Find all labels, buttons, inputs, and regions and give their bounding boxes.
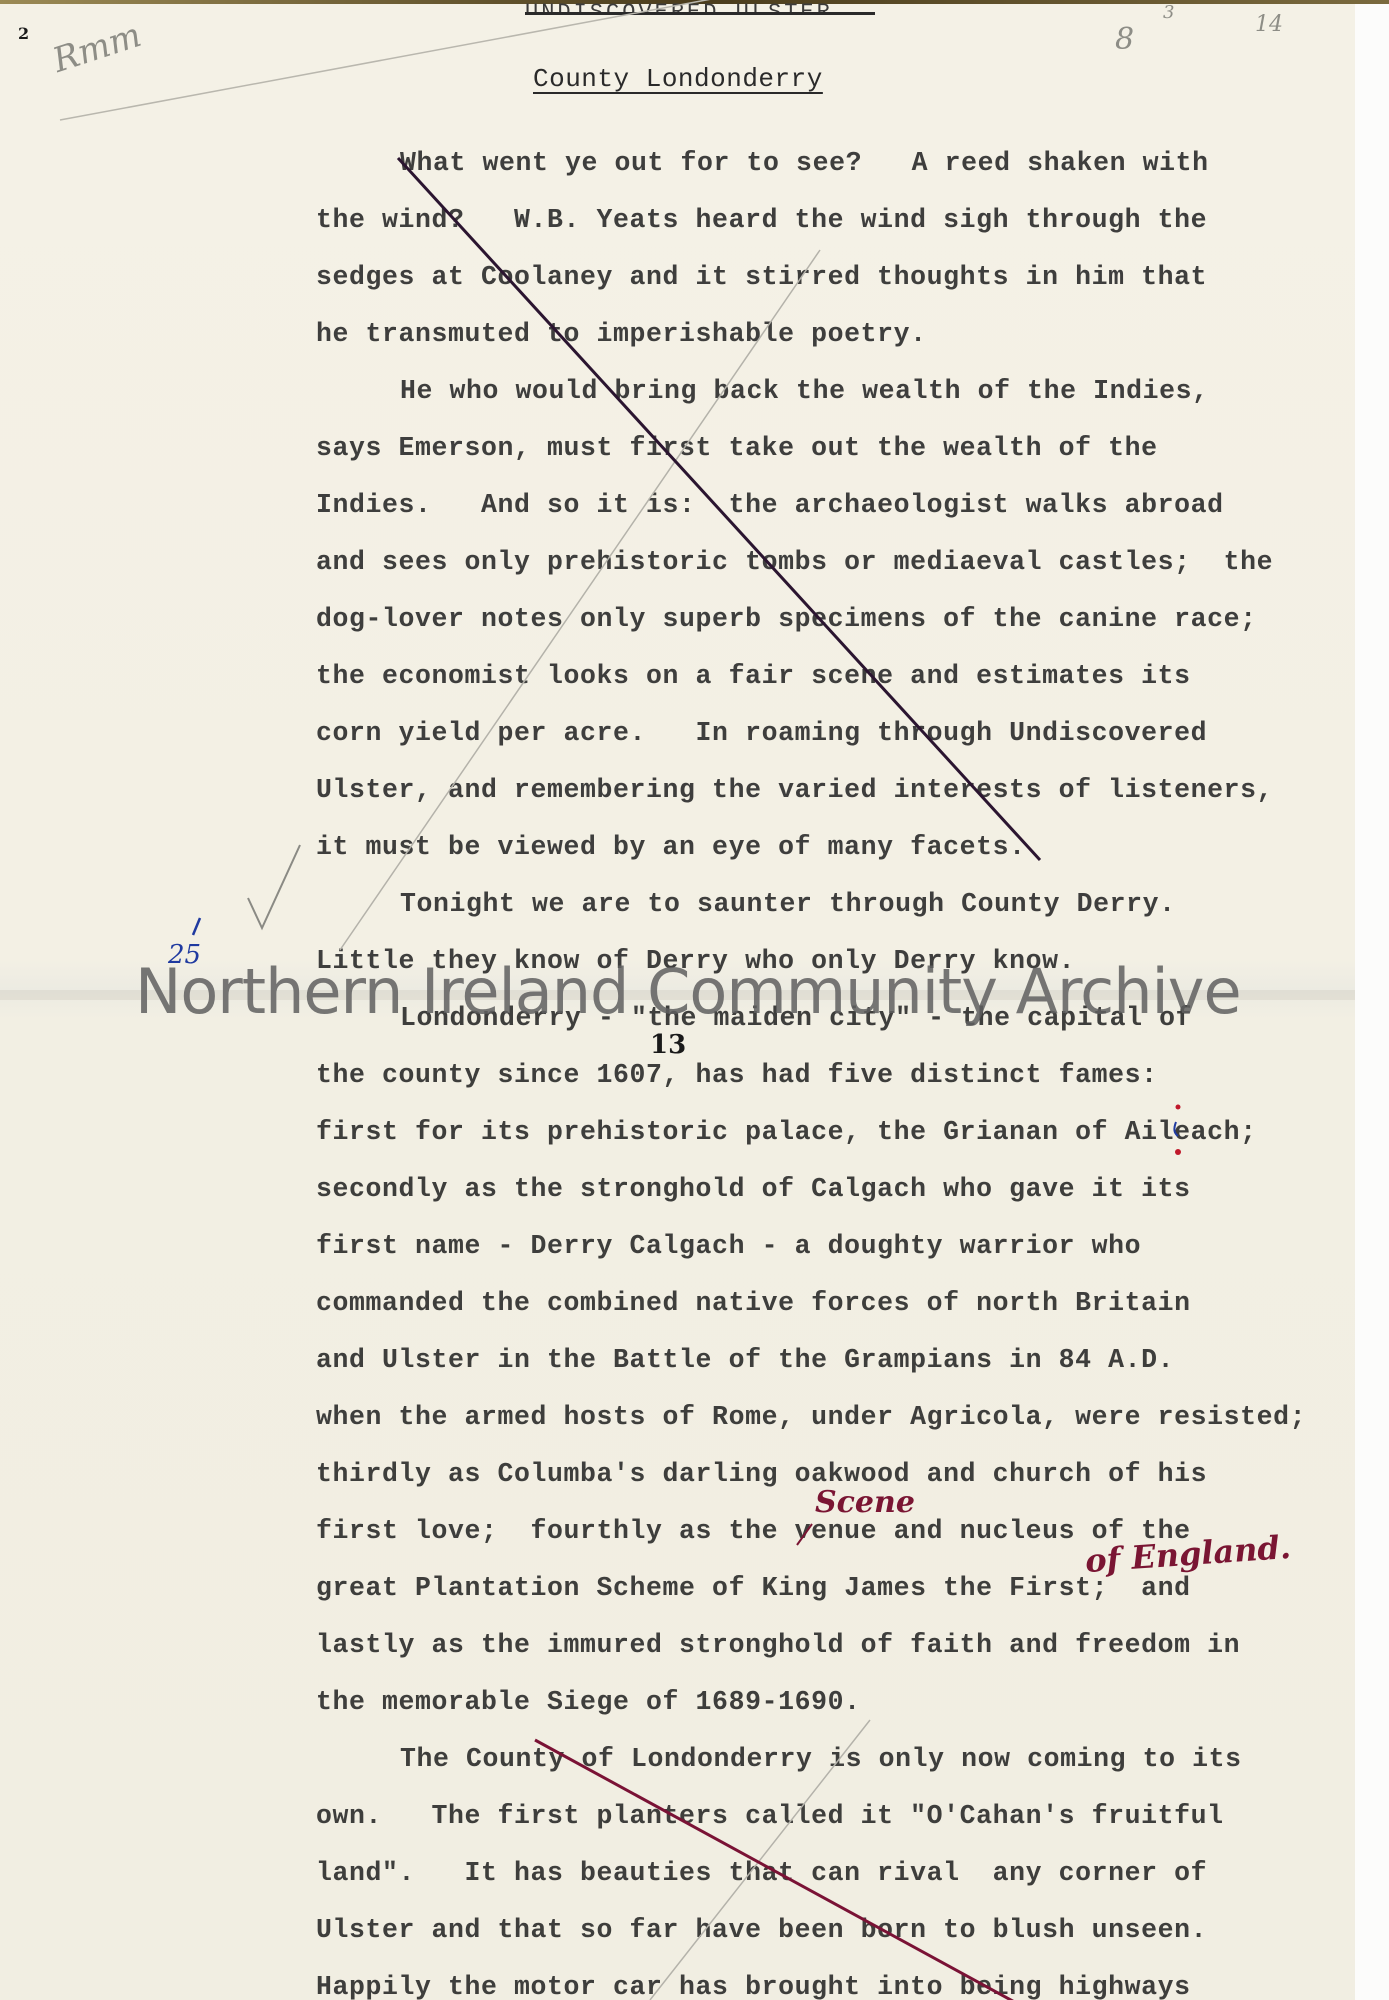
venue-strike: [797, 1524, 812, 1545]
ink-strike-section-1: [398, 158, 1040, 860]
ink-strike-section-2: [535, 1740, 1020, 2000]
pencil-line-lower: [650, 1720, 870, 2000]
blue-insert-mark: [1174, 1122, 1178, 1136]
blue-tick-icon: [193, 918, 200, 935]
check-mark-icon: [248, 845, 300, 928]
red-dot-icon: [1176, 1105, 1181, 1110]
pencil-line-top: [60, 0, 760, 120]
archive-watermark: Northern Ireland Community Archive: [135, 955, 1241, 1028]
red-caret-icon: [1175, 1149, 1181, 1155]
